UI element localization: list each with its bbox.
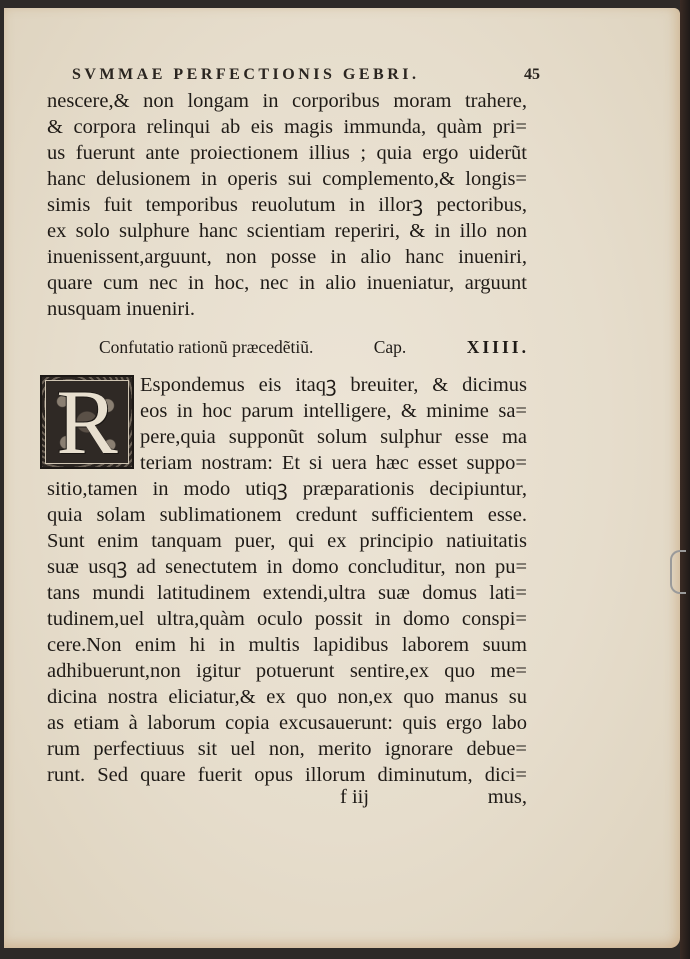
chapter-label: Cap. xyxy=(374,337,407,358)
text-line: suæ usqꝫ ad senectutem in domo concludit… xyxy=(47,554,527,580)
chapter-number: XIIII. xyxy=(467,337,529,358)
text-line: eos in hoc parum intelligere, & minime s… xyxy=(140,398,527,424)
signature-mark: f iij xyxy=(340,786,369,809)
text-line: quare cum nec in hoc, nec in alio inueni… xyxy=(47,270,527,296)
text-line: nescere,& non longam in corporibus moram… xyxy=(47,88,527,114)
text-line: tans mundi latitudinem extendi,ultra suæ… xyxy=(47,580,527,606)
chapter-heading: Confutatio rationũ præcedẽtiũ. Cap. XIII… xyxy=(99,337,529,358)
text-line: as etiam à laborum copia excusauerunt: q… xyxy=(47,710,527,736)
initial-letter: R xyxy=(56,376,117,468)
text-line: & corpora relinqui ab eis magis immunda,… xyxy=(47,114,527,140)
book-edge-shadow xyxy=(680,0,690,959)
text-line: tudinem,uel ultra,quàm oculo possit in d… xyxy=(47,606,527,632)
text-line: Sunt enim tanquam puer, qui ex principio… xyxy=(47,528,527,554)
decorated-initial: R xyxy=(40,375,134,469)
text-line: runt. Sed quare fuerit opus illorum dimi… xyxy=(47,762,527,788)
text-line: simis fuit temporibus reuolutum in illor… xyxy=(47,192,527,218)
text-line: us fuerunt ante proiectionem illius ; qu… xyxy=(47,140,527,166)
page-number: 45 xyxy=(524,66,540,84)
text-line: ex solo sulphure hanc scientiam reperiri… xyxy=(47,218,527,244)
text-line: nusquam inueniri. xyxy=(47,296,527,322)
text-line: teriam nostram: Et si uera hæc esset sup… xyxy=(140,450,527,476)
text-line: sitio,tamen in modo utiqꝫ præparationis … xyxy=(47,476,527,502)
text-line: adhibuerunt,non igitur potuerunt sentire… xyxy=(47,658,527,684)
chapter-title: Confutatio rationũ præcedẽtiũ. xyxy=(99,337,313,358)
text-line: quia solam sublimationem credunt suffici… xyxy=(47,502,527,528)
text-line: inuenissent,arguunt, non posse in alio h… xyxy=(47,244,527,270)
running-head-title: SVMMAE PERFECTIONIS GEBRI. xyxy=(72,66,419,84)
page-clip-mark xyxy=(670,550,686,594)
catchword: mus, xyxy=(488,786,527,809)
scanned-book-page: SVMMAE PERFECTIONIS GEBRI. 45 nescere,& … xyxy=(0,0,690,959)
text-line: rum perfectiuus sit uel non, merito igno… xyxy=(47,736,527,762)
text-line: hanc delusionem in operis sui complement… xyxy=(47,166,527,192)
text-line: cere.Non enim hi in multis lapidibus lab… xyxy=(47,632,527,658)
text-line: dicina nostra eliciatur,& ex quo non,ex … xyxy=(47,684,527,710)
running-head: SVMMAE PERFECTIONIS GEBRI. 45 xyxy=(72,66,540,84)
text-line: pere,quia supponũt solum sulphur esse ma xyxy=(140,424,527,450)
text-line: Espondemus eis itaqꝫ breuiter, & dicimus xyxy=(140,372,527,398)
